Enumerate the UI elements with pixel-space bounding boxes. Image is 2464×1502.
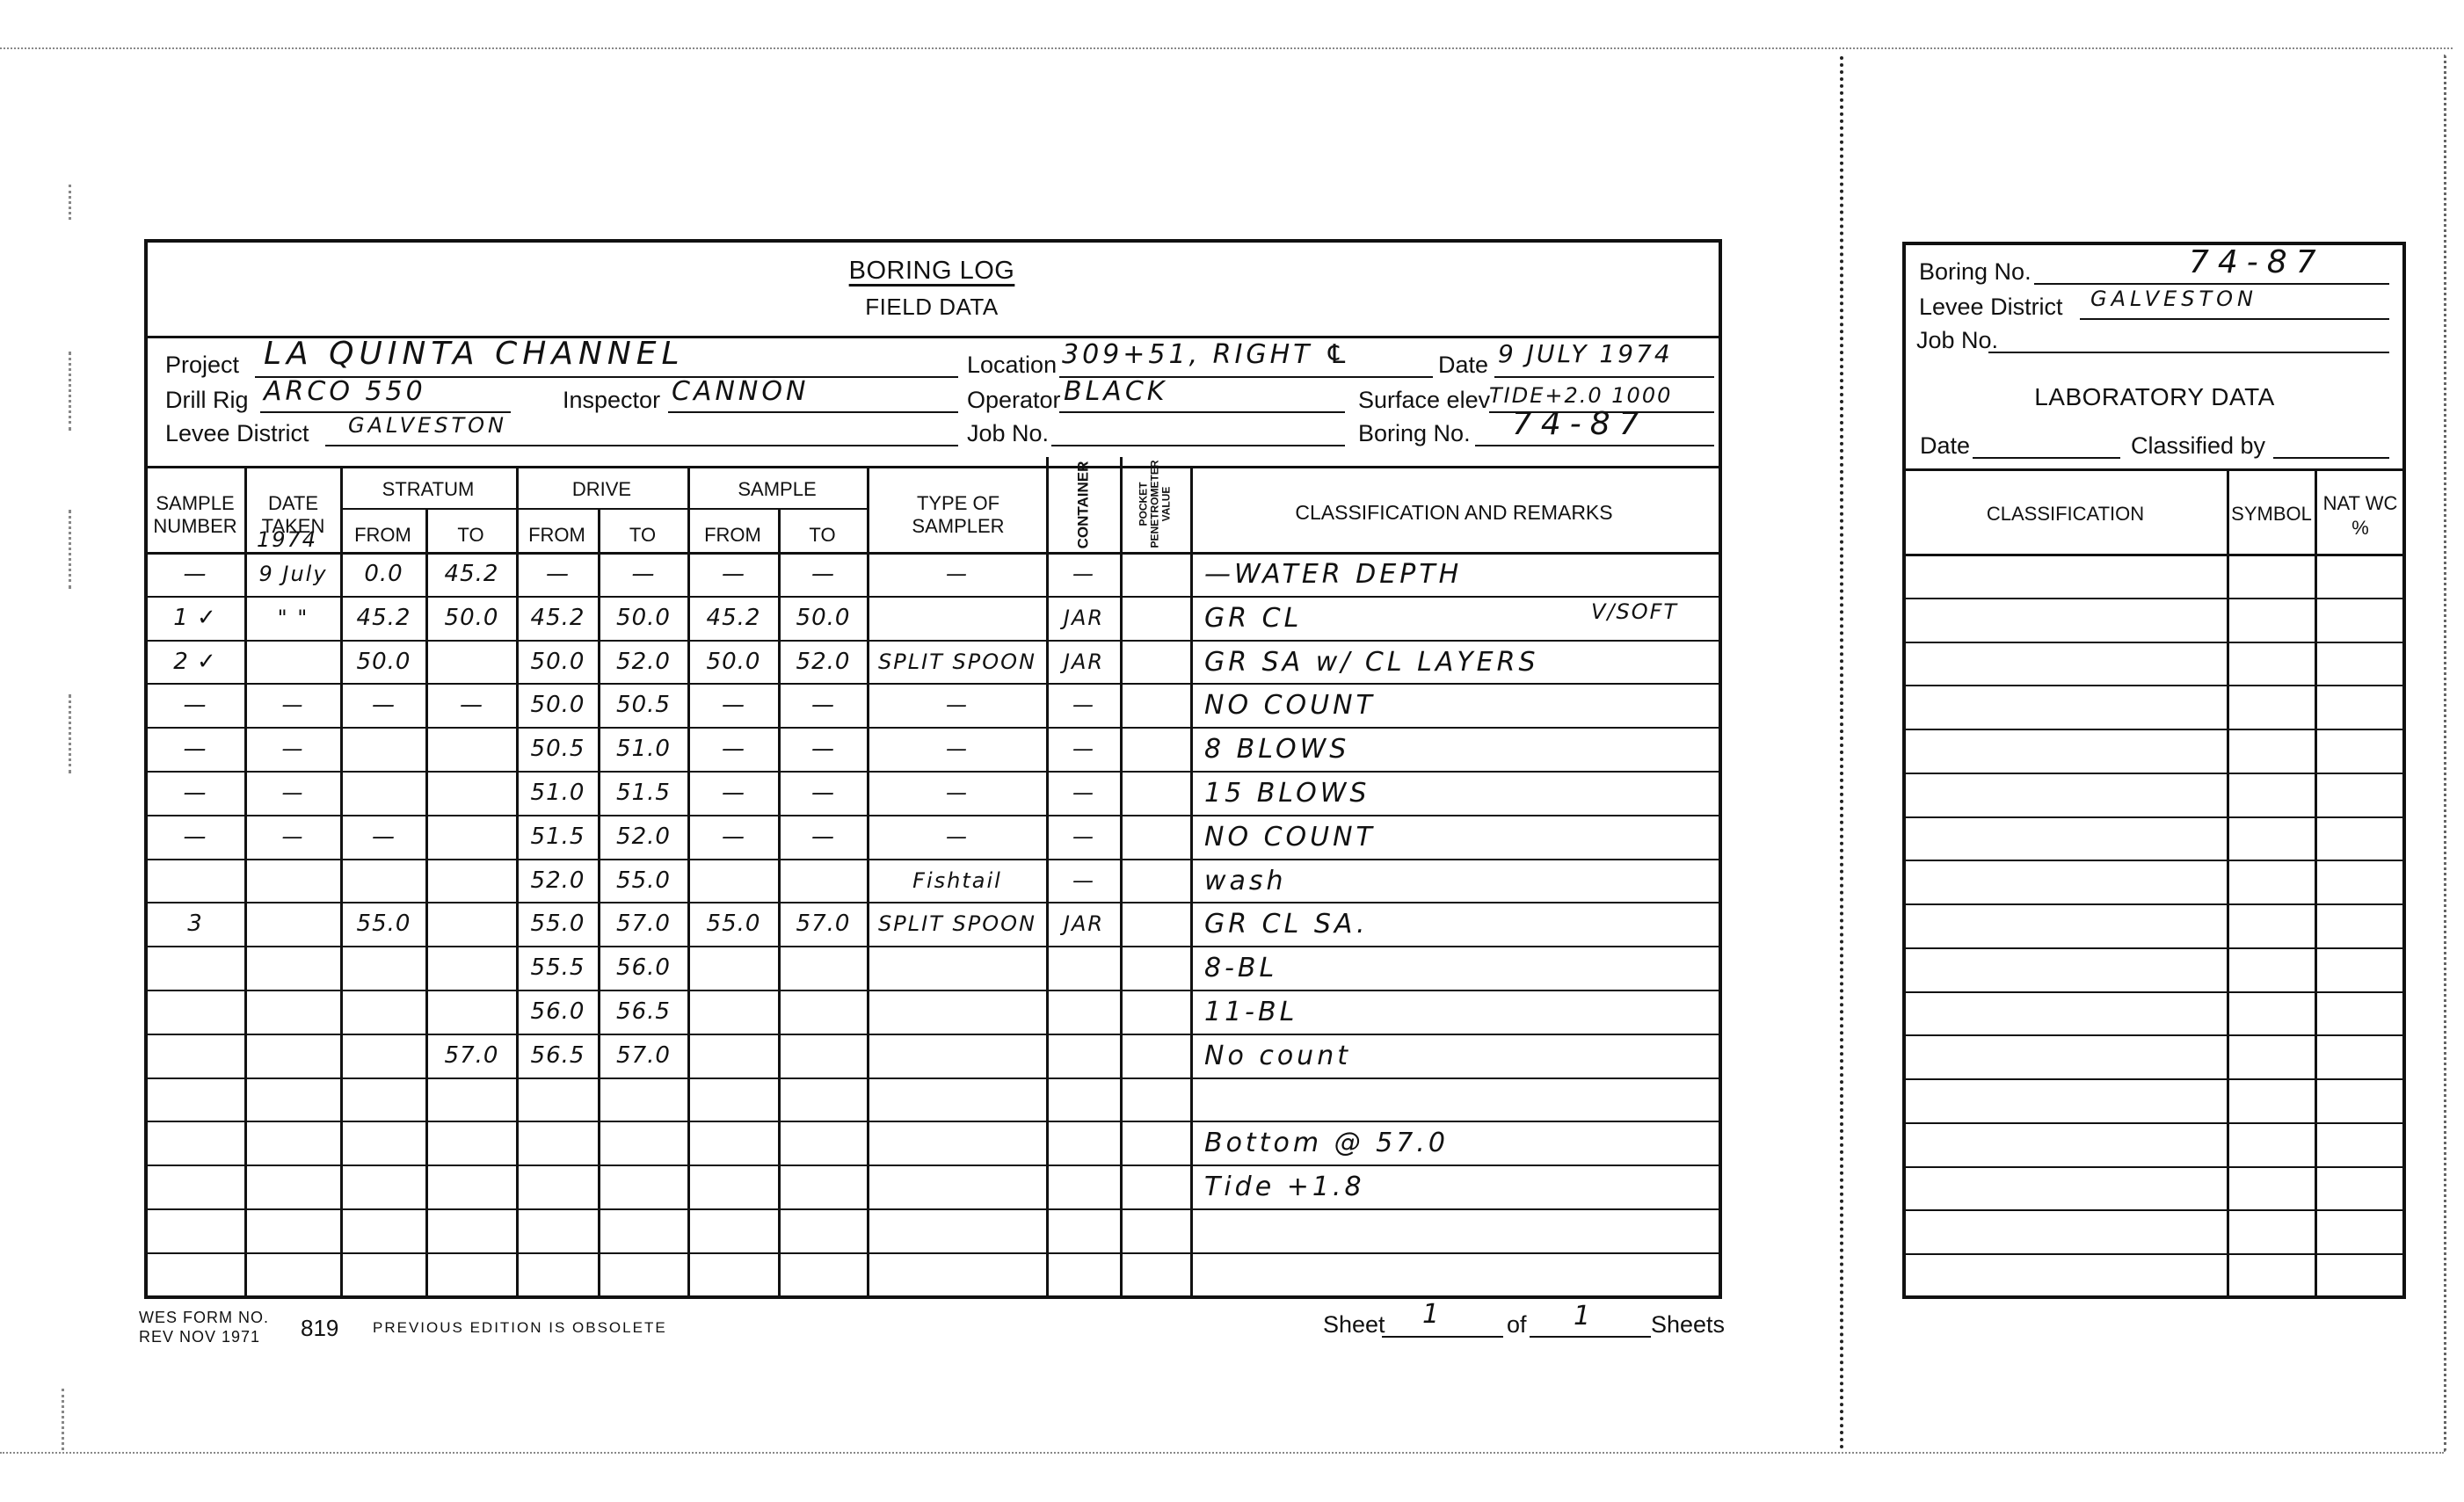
levee-district-value[interactable]: GALVESTON: [348, 413, 507, 438]
cell-stratum-from-value: —: [372, 692, 396, 718]
cell-drive-from[interactable]: —: [518, 552, 598, 596]
cell-container[interactable]: [1048, 1121, 1120, 1165]
cell-container[interactable]: —: [1048, 859, 1120, 903]
cell-sample-to[interactable]: [780, 1252, 867, 1296]
cell-stratum-from[interactable]: [342, 1034, 425, 1078]
cell-pocket-penetrometer[interactable]: [1122, 1121, 1190, 1165]
cell-type-of-sampler[interactable]: [869, 1165, 1046, 1208]
cell-container[interactable]: JAR: [1048, 640, 1120, 684]
cell-classification-remarks[interactable]: NO COUNT: [1192, 683, 1719, 727]
cell-sample-from[interactable]: [689, 859, 778, 903]
cell-remarks-note: V/SOFT: [1591, 599, 1678, 624]
cell-drive-from[interactable]: 50.5: [518, 727, 598, 771]
cell-classification-remarks[interactable]: —WATER DEPTH: [1192, 552, 1719, 596]
margin-mark: [69, 185, 84, 220]
cell-stratum-from[interactable]: 45.2: [342, 596, 425, 640]
cell-sample-number[interactable]: [146, 946, 244, 990]
cell-date-taken[interactable]: [246, 902, 340, 946]
lab-boring-no-value[interactable]: 74-87: [2189, 244, 2325, 280]
cell-container[interactable]: —: [1048, 727, 1120, 771]
cell-stratum-to[interactable]: [427, 771, 516, 815]
cell-pocket-penetrometer[interactable]: [1122, 815, 1190, 859]
cell-stratum-to[interactable]: [427, 1121, 516, 1165]
cell-classification-remarks-value: 8 BLOWS: [1204, 734, 1349, 765]
lab-levee-district-value[interactable]: GALVESTON: [2090, 287, 2257, 311]
cell-stratum-from[interactable]: [342, 1078, 425, 1121]
cell-date-taken-value: 9 July: [258, 562, 327, 586]
cell-container-value: —: [1072, 562, 1095, 586]
cell-drive-to[interactable]: 50.0: [600, 596, 687, 640]
cell-drive-to[interactable]: 56.5: [600, 990, 687, 1034]
cell-date-taken[interactable]: —: [246, 815, 340, 859]
cell-drive-to-value: 57.0: [616, 1042, 671, 1069]
cell-classification-remarks[interactable]: GR CL SA.: [1192, 902, 1719, 946]
cell-sample-from[interactable]: 55.0: [689, 902, 778, 946]
cell-type-of-sampler[interactable]: [869, 1078, 1046, 1121]
cell-container[interactable]: JAR: [1048, 596, 1120, 640]
cell-stratum-to[interactable]: [427, 640, 516, 684]
cell-container[interactable]: [1048, 946, 1120, 990]
cell-type-of-sampler[interactable]: [869, 1121, 1046, 1165]
boring-no-label: Boring No.: [1358, 420, 1471, 447]
inspector-line: [668, 411, 958, 413]
cell-pocket-penetrometer[interactable]: [1122, 771, 1190, 815]
lab-row-divider: [1902, 816, 2406, 818]
cell-type-of-sampler[interactable]: [869, 946, 1046, 990]
cell-drive-to[interactable]: 57.0: [600, 1034, 687, 1078]
cell-sample-to[interactable]: [780, 946, 867, 990]
lab-row-divider: [1902, 1253, 2406, 1255]
cell-stratum-from[interactable]: 55.0: [342, 902, 425, 946]
cell-sample-from[interactable]: [689, 1165, 778, 1208]
cell-date-taken[interactable]: [246, 640, 340, 684]
cell-type-of-sampler[interactable]: [869, 990, 1046, 1034]
form-no-line1: WES FORM NO.: [139, 1308, 269, 1327]
cell-drive-from[interactable]: 55.0: [518, 902, 598, 946]
margin-mark: [62, 1389, 76, 1450]
cell-classification-remarks[interactable]: wash: [1192, 859, 1719, 903]
col-header-classification-remarks: CLASSIFICATION AND REMARKS: [1190, 501, 1718, 524]
cell-type-of-sampler-value: SPLIT SPOON: [878, 911, 1036, 936]
col-header-pocket-penetrometer: POCKET PENETROMETER VALUE: [1138, 443, 1173, 566]
cell-drive-to[interactable]: [600, 1078, 687, 1121]
cell-drive-from[interactable]: 56.5: [518, 1034, 598, 1078]
lab-col-classification: CLASSIFICATION: [1904, 503, 2227, 526]
cell-date-taken[interactable]: [246, 990, 340, 1034]
cell-container[interactable]: [1048, 990, 1120, 1034]
cell-type-of-sampler[interactable]: —: [869, 771, 1046, 815]
lab-header-bottom: [1902, 554, 2406, 556]
cell-drive-from[interactable]: [518, 1165, 598, 1208]
cell-sample-number[interactable]: —: [146, 552, 244, 596]
cell-sample-number[interactable]: —: [146, 727, 244, 771]
cell-sample-number[interactable]: [146, 859, 244, 903]
lab-row-divider: [1902, 860, 2406, 861]
cell-sample-from-value: —: [722, 736, 745, 762]
lab-row-divider: [1902, 729, 2406, 730]
cell-sample-number[interactable]: [146, 1121, 244, 1165]
cell-classification-remarks-value: NO COUNT: [1204, 822, 1376, 853]
lab-row-divider: [1902, 773, 2406, 774]
cell-sample-number[interactable]: [146, 1208, 244, 1252]
cell-sample-number[interactable]: 3: [146, 902, 244, 946]
cell-date-taken[interactable]: [246, 1034, 340, 1078]
cell-sample-to[interactable]: —: [780, 552, 867, 596]
cell-type-of-sampler[interactable]: —: [869, 552, 1046, 596]
cell-sample-to[interactable]: —: [780, 815, 867, 859]
cell-classification-remarks-value: Tide +1.8: [1204, 1172, 1365, 1202]
cell-drive-from[interactable]: 45.2: [518, 596, 598, 640]
cell-sample-to[interactable]: 52.0: [780, 640, 867, 684]
cell-sample-number-value: 3: [187, 911, 203, 937]
cell-container[interactable]: JAR: [1048, 902, 1120, 946]
cell-drive-from[interactable]: 52.0: [518, 859, 598, 903]
project-value[interactable]: LA QUINTA CHANNEL: [264, 336, 685, 372]
cell-sample-number[interactable]: [146, 990, 244, 1034]
cell-date-taken[interactable]: —: [246, 771, 340, 815]
col-header-stratum-to: TO: [425, 524, 516, 547]
date-value[interactable]: 9 JULY 1974: [1498, 339, 1673, 368]
cell-sample-to[interactable]: —: [780, 727, 867, 771]
cell-drive-from-value: 50.0: [531, 649, 585, 675]
cell-sample-to[interactable]: [780, 1208, 867, 1252]
cell-container[interactable]: —: [1048, 552, 1120, 596]
cell-sample-from[interactable]: [689, 946, 778, 990]
cell-sample-from[interactable]: [689, 990, 778, 1034]
cell-drive-from[interactable]: 51.5: [518, 815, 598, 859]
cell-sample-number[interactable]: —: [146, 771, 244, 815]
cell-drive-from-value: 50.0: [531, 692, 585, 718]
cell-sample-to[interactable]: [780, 1121, 867, 1165]
cell-drive-to-value: —: [632, 561, 656, 587]
cell-sample-number[interactable]: [146, 1078, 244, 1121]
cell-type-of-sampler[interactable]: [869, 596, 1046, 640]
cell-pocket-penetrometer[interactable]: [1122, 946, 1190, 990]
cell-pocket-penetrometer[interactable]: [1122, 1165, 1190, 1208]
cell-drive-from[interactable]: 56.0: [518, 990, 598, 1034]
cell-date-taken[interactable]: [246, 1165, 340, 1208]
cell-stratum-from[interactable]: [342, 771, 425, 815]
cell-stratum-from[interactable]: [342, 990, 425, 1034]
cell-stratum-from-value: 55.0: [357, 911, 411, 937]
cell-sample-number-value: —: [184, 780, 207, 806]
lab-col-symbol: SYMBOL: [2228, 503, 2315, 526]
cell-sample-to-value: —: [811, 824, 835, 850]
cell-drive-to[interactable]: 57.0: [600, 902, 687, 946]
cell-sample-from[interactable]: 50.0: [689, 640, 778, 684]
cell-classification-remarks[interactable]: Bottom @ 57.0: [1192, 1121, 1719, 1165]
cell-drive-to-value: 56.0: [616, 954, 671, 981]
cell-classification-remarks-value: 15 BLOWS: [1204, 778, 1370, 809]
cell-sample-number[interactable]: —: [146, 815, 244, 859]
cell-sample-number[interactable]: 2 ✓: [146, 640, 244, 684]
cell-drive-from[interactable]: [518, 1252, 598, 1296]
cell-pocket-penetrometer[interactable]: [1122, 727, 1190, 771]
col-header-drive: DRIVE: [516, 478, 687, 501]
cell-stratum-from[interactable]: —: [342, 683, 425, 727]
location-value[interactable]: 309+51, RIGHT ℄: [1062, 339, 1352, 370]
cell-sample-to[interactable]: —: [780, 771, 867, 815]
cell-sample-from[interactable]: [689, 1252, 778, 1296]
cell-stratum-from[interactable]: [342, 1208, 425, 1252]
cell-drive-to[interactable]: —: [600, 552, 687, 596]
cell-type-of-sampler[interactable]: [869, 1252, 1046, 1296]
lab-row-divider: [1902, 903, 2406, 905]
form-number: 819: [301, 1315, 338, 1342]
cell-container[interactable]: [1048, 1165, 1120, 1208]
of-value[interactable]: 1: [1574, 1301, 1594, 1331]
cell-sample-number-value: 1 ✓: [173, 605, 217, 631]
cell-stratum-to[interactable]: [427, 727, 516, 771]
cell-stratum-from[interactable]: [342, 946, 425, 990]
cell-sample-from[interactable]: [689, 1208, 778, 1252]
cell-pocket-penetrometer[interactable]: [1122, 552, 1190, 596]
cell-drive-to[interactable]: 56.0: [600, 946, 687, 990]
cell-drive-to[interactable]: 50.5: [600, 683, 687, 727]
cell-type-of-sampler-value: —: [946, 824, 969, 849]
cell-classification-remarks[interactable]: 8 BLOWS: [1192, 727, 1719, 771]
cell-type-of-sampler-value: —: [946, 562, 969, 586]
cell-container[interactable]: [1048, 1208, 1120, 1252]
cell-date-taken[interactable]: [246, 1078, 340, 1121]
lab-row-divider: [1902, 685, 2406, 686]
cell-drive-to[interactable]: 55.0: [600, 859, 687, 903]
cell-classification-remarks[interactable]: Tide +1.8: [1192, 1165, 1719, 1208]
subheader-divider: [340, 508, 868, 510]
cell-stratum-to[interactable]: [427, 990, 516, 1034]
cell-type-of-sampler[interactable]: Fishtail: [869, 859, 1046, 903]
cell-drive-to[interactable]: [600, 1252, 687, 1296]
cell-type-of-sampler[interactable]: SPLIT SPOON: [869, 640, 1046, 684]
cell-sample-number-value: —: [184, 824, 207, 850]
cell-date-taken[interactable]: [246, 1252, 340, 1296]
cell-drive-from-value: 51.5: [531, 824, 585, 850]
lab-row-divider: [1902, 1078, 2406, 1080]
cell-classification-remarks[interactable]: No count: [1192, 1034, 1719, 1078]
cell-sample-to[interactable]: [780, 1165, 867, 1208]
cell-drive-from[interactable]: 50.0: [518, 640, 598, 684]
cell-stratum-to[interactable]: [427, 1078, 516, 1121]
cell-date-taken[interactable]: —: [246, 727, 340, 771]
cell-type-of-sampler-value: —: [946, 780, 969, 805]
cell-pocket-penetrometer[interactable]: [1122, 859, 1190, 903]
cell-sample-from[interactable]: [689, 1034, 778, 1078]
cell-sample-to-value: —: [811, 736, 835, 762]
cell-sample-number[interactable]: [146, 1252, 244, 1296]
cell-sample-from[interactable]: —: [689, 815, 778, 859]
drill-rig-label: Drill Rig: [165, 387, 249, 414]
cell-container[interactable]: —: [1048, 771, 1120, 815]
cell-classification-remarks[interactable]: NO COUNT: [1192, 815, 1719, 859]
cell-drive-to[interactable]: 51.0: [600, 727, 687, 771]
cell-date-taken[interactable]: " ": [246, 596, 340, 640]
cell-stratum-from[interactable]: [342, 727, 425, 771]
cell-sample-to[interactable]: [780, 1034, 867, 1078]
cell-classification-remarks[interactable]: [1192, 1252, 1719, 1296]
of-label: of: [1507, 1311, 1527, 1339]
cell-stratum-to[interactable]: [427, 859, 516, 903]
cell-classification-remarks-value: 11-BL: [1204, 997, 1297, 1027]
operator-value[interactable]: BLACK: [1064, 376, 1167, 407]
cell-drive-to[interactable]: [600, 1121, 687, 1165]
cell-sample-number-value: 2 ✓: [173, 649, 217, 675]
cell-drive-to[interactable]: 51.5: [600, 771, 687, 815]
cell-stratum-from[interactable]: 0.0: [342, 552, 425, 596]
cell-container[interactable]: —: [1048, 683, 1120, 727]
cell-sample-from-value: —: [722, 561, 745, 587]
cell-date-taken[interactable]: [246, 859, 340, 903]
cell-type-of-sampler[interactable]: —: [869, 815, 1046, 859]
cell-pocket-penetrometer[interactable]: [1122, 683, 1190, 727]
cell-classification-remarks[interactable]: [1192, 1208, 1719, 1252]
cell-date-taken-value: —: [282, 780, 305, 805]
cell-sample-number[interactable]: [146, 1165, 244, 1208]
cell-sample-from[interactable]: —: [689, 771, 778, 815]
cell-date-taken-value: —: [282, 736, 305, 761]
boring-no-value[interactable]: 74-87: [1512, 406, 1648, 442]
cell-sample-from[interactable]: —: [689, 727, 778, 771]
cell-drive-to-value: 50.0: [616, 605, 671, 631]
cell-date-taken[interactable]: [246, 1121, 340, 1165]
cell-stratum-from[interactable]: [342, 859, 425, 903]
margin-mark: [69, 694, 84, 773]
cell-date-taken-value: " ": [278, 606, 309, 630]
cell-type-of-sampler[interactable]: —: [869, 727, 1046, 771]
cell-sample-number[interactable]: 1 ✓: [146, 596, 244, 640]
cell-sample-to[interactable]: 57.0: [780, 902, 867, 946]
cell-pocket-penetrometer[interactable]: [1122, 902, 1190, 946]
cell-stratum-to[interactable]: 45.2: [427, 552, 516, 596]
cell-drive-from-value: 55.0: [531, 911, 585, 937]
cell-container[interactable]: [1048, 1078, 1120, 1121]
cell-date-taken[interactable]: —: [246, 683, 340, 727]
page-edge-bottom: [0, 1452, 2444, 1454]
cell-container[interactable]: [1048, 1034, 1120, 1078]
cell-sample-from[interactable]: —: [689, 683, 778, 727]
cell-drive-from[interactable]: [518, 1208, 598, 1252]
cell-sample-number[interactable]: [146, 1034, 244, 1078]
cell-drive-from[interactable]: 50.0: [518, 683, 598, 727]
cell-stratum-to[interactable]: [427, 902, 516, 946]
cell-date-taken[interactable]: 9 July: [246, 552, 340, 596]
sheet-value[interactable]: 1: [1422, 1299, 1443, 1330]
cell-drive-from[interactable]: [518, 1121, 598, 1165]
cell-stratum-to[interactable]: [427, 1252, 516, 1296]
of-line: [1530, 1336, 1651, 1338]
cell-type-of-sampler[interactable]: —: [869, 683, 1046, 727]
date-label: Date: [1438, 352, 1488, 379]
cell-stratum-to[interactable]: [427, 946, 516, 990]
cell-sample-to[interactable]: [780, 859, 867, 903]
cell-classification-remarks[interactable]: 8-BL: [1192, 946, 1719, 990]
cell-date-taken[interactable]: [246, 946, 340, 990]
cell-classification-remarks[interactable]: 11-BL: [1192, 990, 1719, 1034]
cell-sample-to[interactable]: 50.0: [780, 596, 867, 640]
cell-pocket-penetrometer[interactable]: [1122, 1034, 1190, 1078]
lab-row-divider: [1902, 1209, 2406, 1211]
cell-container-value: —: [1072, 693, 1095, 717]
cell-sample-from[interactable]: [689, 1121, 778, 1165]
cell-stratum-from[interactable]: [342, 1121, 425, 1165]
cell-stratum-from[interactable]: 50.0: [342, 640, 425, 684]
cell-stratum-to[interactable]: —: [427, 683, 516, 727]
cell-drive-to[interactable]: [600, 1208, 687, 1252]
cell-drive-to[interactable]: 52.0: [600, 640, 687, 684]
cell-pocket-penetrometer[interactable]: [1122, 596, 1190, 640]
cell-type-of-sampler[interactable]: [869, 1208, 1046, 1252]
page-edge-top: [0, 47, 2453, 49]
cell-sample-from[interactable]: —: [689, 552, 778, 596]
cell-container-value: —: [1072, 824, 1095, 849]
drill-rig-value[interactable]: ARCO 550: [264, 376, 426, 407]
cell-stratum-from[interactable]: [342, 1252, 425, 1296]
cell-sample-to-value: —: [811, 692, 835, 718]
cell-stratum-to[interactable]: [427, 815, 516, 859]
cell-stratum-to[interactable]: [427, 1208, 516, 1252]
cell-container-value: JAR: [1064, 649, 1104, 674]
lab-row-divider: [1902, 598, 2406, 599]
cell-pocket-penetrometer[interactable]: [1122, 1208, 1190, 1252]
lab-row-divider: [1902, 947, 2406, 949]
cell-classification-remarks[interactable]: [1192, 1078, 1719, 1121]
cell-classification-remarks[interactable]: GR SA w/ CL LAYERS: [1192, 640, 1719, 684]
cell-sample-from[interactable]: [689, 1078, 778, 1121]
inspector-value[interactable]: CANNON: [672, 376, 809, 407]
cell-sample-to-value: 52.0: [796, 649, 851, 675]
cell-container[interactable]: [1048, 1252, 1120, 1296]
cell-pocket-penetrometer[interactable]: [1122, 640, 1190, 684]
surface-elev-value[interactable]: TIDE+2.0 1000: [1489, 383, 1672, 408]
lab-levee-district-label: Levee District: [1919, 294, 2063, 321]
cell-stratum-from[interactable]: —: [342, 815, 425, 859]
cell-drive-from[interactable]: 51.0: [518, 771, 598, 815]
cell-drive-from[interactable]: 55.5: [518, 946, 598, 990]
cell-stratum-from-value: 0.0: [364, 561, 403, 587]
cell-pocket-penetrometer[interactable]: [1122, 1078, 1190, 1121]
location-label: Location: [967, 352, 1057, 379]
job-no-line: [1051, 445, 1345, 446]
cell-date-taken[interactable]: [246, 1208, 340, 1252]
cell-container-value: —: [1072, 736, 1095, 761]
cell-type-of-sampler-value: —: [946, 736, 969, 761]
cell-pocket-penetrometer[interactable]: [1122, 990, 1190, 1034]
cell-sample-to[interactable]: [780, 1078, 867, 1121]
cell-drive-to[interactable]: 52.0: [600, 815, 687, 859]
cell-pocket-penetrometer[interactable]: [1122, 1252, 1190, 1296]
cell-type-of-sampler[interactable]: SPLIT SPOON: [869, 902, 1046, 946]
cell-sample-from[interactable]: 45.2: [689, 596, 778, 640]
cell-sample-to-value: 50.0: [796, 605, 851, 631]
cell-type-of-sampler[interactable]: [869, 1034, 1046, 1078]
cell-stratum-to-value: 57.0: [445, 1042, 499, 1069]
cell-drive-from[interactable]: [518, 1078, 598, 1121]
lab-job-no-line: [1988, 352, 2389, 353]
cell-container[interactable]: —: [1048, 815, 1120, 859]
cell-sample-to[interactable]: [780, 990, 867, 1034]
cell-container-value: JAR: [1064, 911, 1104, 936]
cell-stratum-from[interactable]: [342, 1165, 425, 1208]
cell-classification-remarks[interactable]: 15 BLOWS: [1192, 771, 1719, 815]
cell-classification-remarks-value: GR CL SA.: [1204, 909, 1368, 940]
cell-stratum-to[interactable]: 57.0: [427, 1034, 516, 1078]
lab-classified-by-line: [2273, 457, 2389, 459]
cell-stratum-to[interactable]: 50.0: [427, 596, 516, 640]
cell-sample-to[interactable]: —: [780, 683, 867, 727]
cell-sample-number[interactable]: —: [146, 683, 244, 727]
cell-stratum-to[interactable]: [427, 1165, 516, 1208]
cell-sample-to-value: —: [811, 561, 835, 587]
cell-drive-to[interactable]: [600, 1165, 687, 1208]
